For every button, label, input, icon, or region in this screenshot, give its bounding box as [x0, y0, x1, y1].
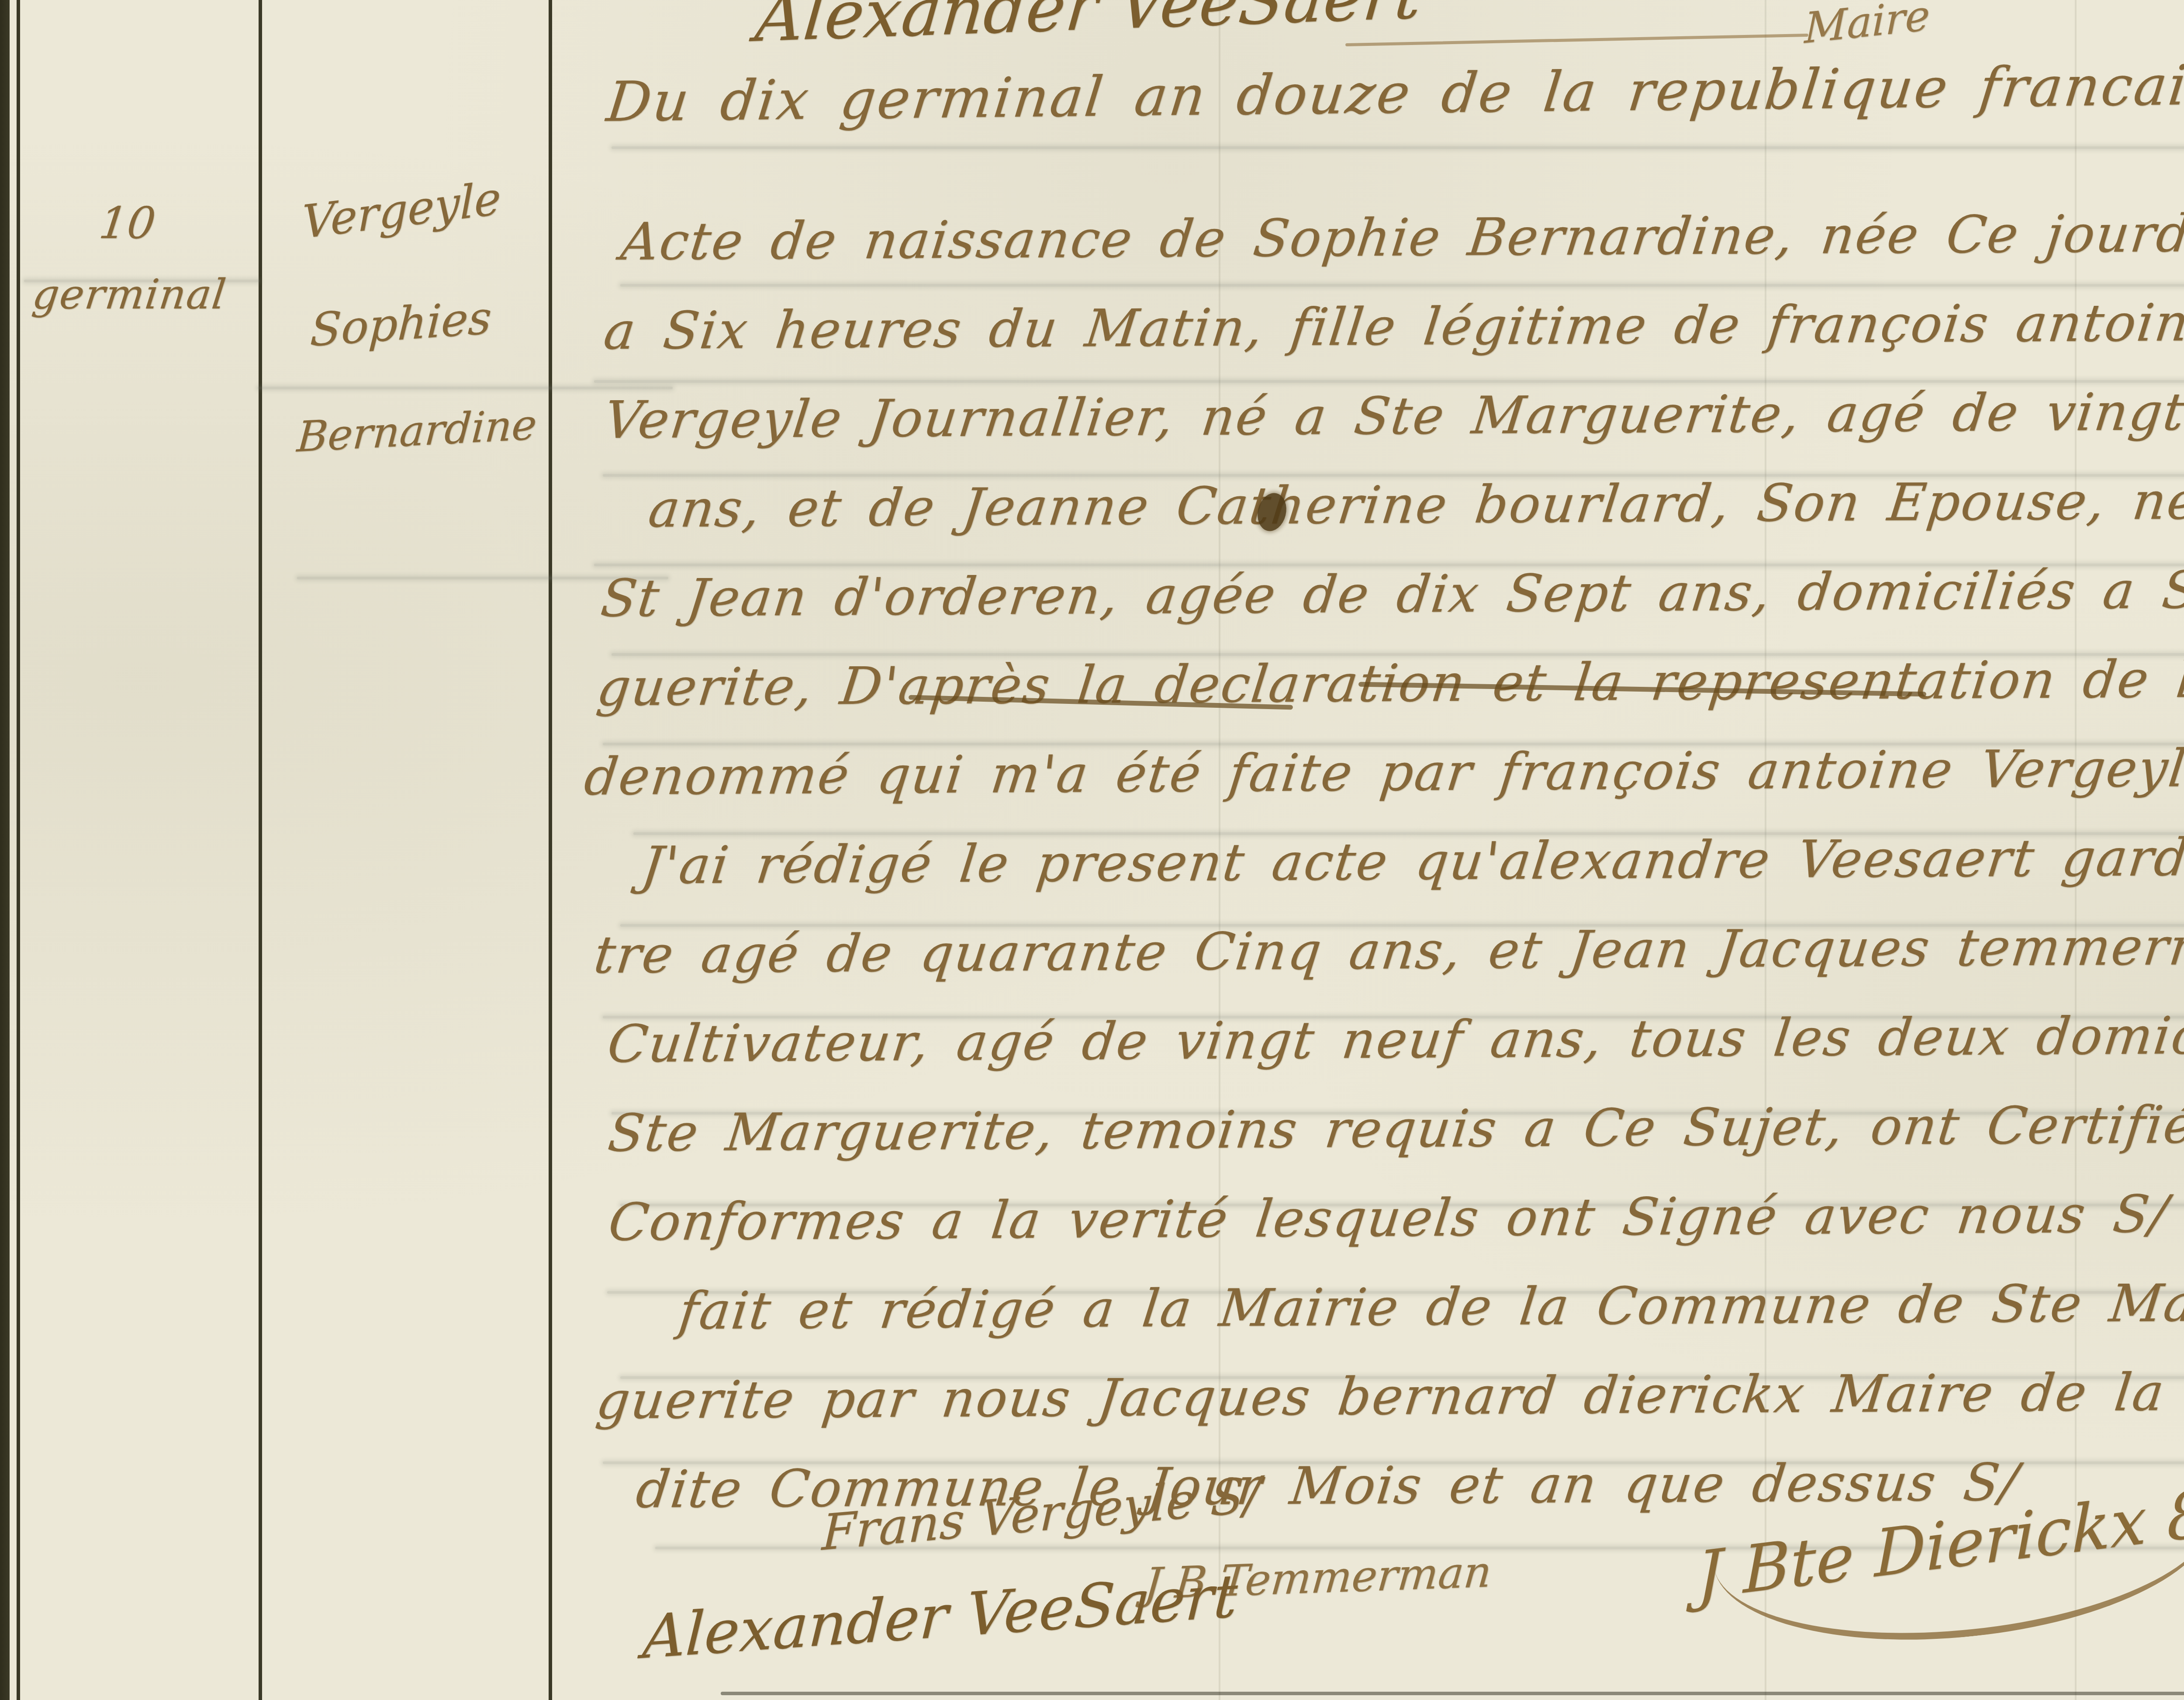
signature-veesaert: Alexander VeeSaert — [640, 1562, 1240, 1672]
act-line: a Six heures du Matin, fille légitime de… — [599, 278, 2184, 376]
act-line: Conformes a la verité lesquels ont Signé… — [604, 1169, 2174, 1267]
margin-day: 10 — [100, 197, 155, 249]
column-divider-date — [259, 0, 262, 1700]
act-line: J'ai rédigé le present acte qu'alexandre… — [637, 811, 2184, 910]
act-line: fait et rédigé a la Mairie de la Commune… — [674, 1258, 2184, 1356]
margin-day-text: 10 — [97, 197, 159, 249]
column-divider-name — [549, 0, 552, 1700]
act-line: tre agé de quarante Cinq ans, et Jean Ja… — [589, 901, 2184, 999]
margin-month: germinal — [33, 271, 226, 319]
name-line-1: Vergeyle — [299, 172, 504, 249]
maire-label: Maire — [1802, 0, 1932, 53]
margin-month-text: germinal — [30, 271, 229, 319]
left-binding-edge — [0, 0, 10, 1700]
register-page: Alexander VeeSaert Maire Du dix germinal… — [0, 0, 2184, 1700]
act-line: St Jean d'orderen, agée de dix Sept ans,… — [596, 544, 2184, 643]
date-line: Du dix germinal an douze de la republiqu… — [607, 52, 2184, 134]
name-line-2: Sophies — [308, 291, 493, 357]
maire-label-text: Maire — [1804, 0, 1930, 53]
name-line-2-text: Sophies — [309, 291, 493, 357]
act-line: Acte de naissance de Sophie Bernardine, … — [616, 188, 2184, 286]
act-line: Cultivateur, agé de vingt neuf ans, tous… — [603, 990, 2184, 1088]
act-line: denommé qui m'a été faite par françois a… — [580, 723, 2184, 821]
name-line-3-text: Bernardine — [295, 400, 538, 461]
date-line-text: Du dix germinal an douze de la republiqu… — [604, 52, 2184, 134]
act-line: ans, et de Jeanne Catherine bourlard, So… — [644, 456, 2184, 554]
act-line: Vergeyle Journallier, né a Ste Marguerit… — [600, 366, 2184, 464]
bottom-edge-shadow — [721, 1692, 2184, 1695]
act-line: Ste Marguerite, temoins requis a Ce Suje… — [603, 1080, 2184, 1177]
top-signature-text: Alexander VeeSaert — [753, 0, 1425, 57]
top-signature: Alexander VeeSaert — [754, 0, 1423, 57]
act-body: Acte de naissance de Sophie Bernardine, … — [604, 187, 2184, 1534]
name-line-1-text: Vergeyle — [302, 171, 501, 249]
left-margin-rule — [17, 0, 20, 1700]
act-line: guerite par nous Jacques bernard dierick… — [591, 1347, 2170, 1445]
signature-flourish — [1345, 34, 1808, 46]
name-line-3: Bernardine — [296, 400, 538, 462]
signature-veesaert-text: Alexander VeeSaert — [641, 1562, 1239, 1672]
ruled-line — [612, 146, 2184, 149]
